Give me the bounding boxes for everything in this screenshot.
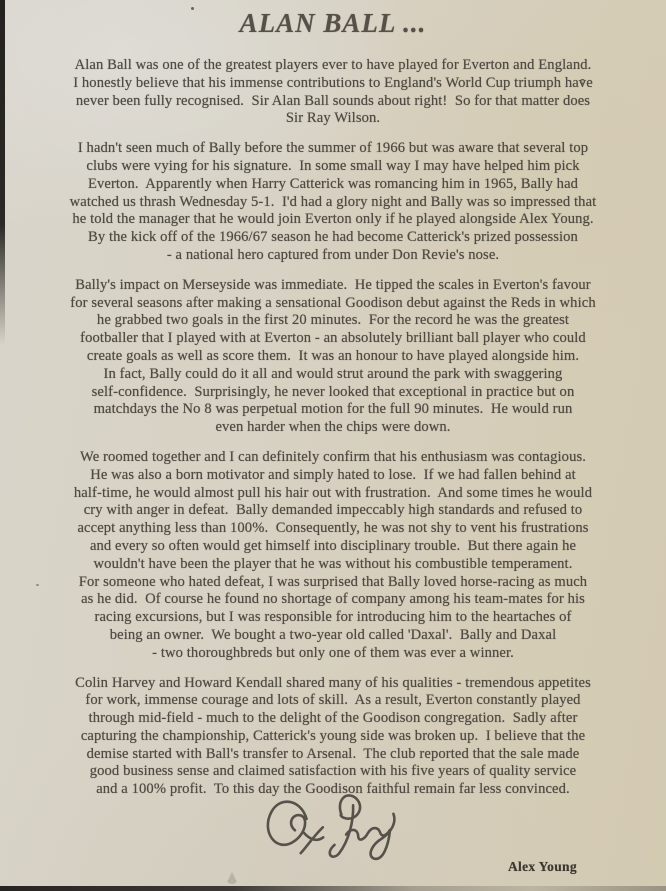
- text-line: For someone who hated defeat, I was surp…: [24, 574, 642, 592]
- text-line: We roomed together and I can definitely …: [24, 449, 642, 467]
- text-line: good business sense and claimed satisfac…: [24, 763, 642, 781]
- paragraph: Colin Harvey and Howard Kendall shared m…: [24, 675, 642, 800]
- text-line: Sir Ray Wilson.: [24, 110, 642, 128]
- text-line: being an owner. We bought a two-year old…: [24, 627, 642, 645]
- paper-speck: [36, 584, 39, 586]
- handwritten-signature: [245, 786, 420, 876]
- photo-edge-left: [0, 0, 5, 345]
- document-body: Alan Ball was one of the greatest player…: [0, 57, 666, 799]
- text-line: watched us thrash Wednesday 5-1. I'd had…: [24, 194, 642, 212]
- text-line: Bally's impact on Merseyside was immedia…: [24, 277, 642, 295]
- page-title: ALAN BALL ...: [0, 0, 666, 38]
- text-line: cry with anger in defeat. Bally demanded…: [24, 502, 642, 520]
- text-line: - a national hero captured from under Do…: [24, 247, 642, 265]
- paper-speck: [226, 872, 238, 884]
- text-line: through mid-field - much to the delight …: [24, 710, 642, 728]
- paragraph: I hadn't seen much of Bally before the s…: [24, 140, 642, 265]
- text-line: even harder when the chips were down.: [24, 419, 642, 437]
- text-line: for several seasons after making a sensa…: [24, 295, 642, 313]
- text-line: for work, immense courage and lots of sk…: [24, 692, 642, 710]
- text-line: I honestly believe that his immense cont…: [24, 75, 642, 93]
- text-line: as he did. Of course he found no shortag…: [24, 591, 642, 609]
- text-line: - two thoroughbreds but only one of them…: [24, 645, 642, 663]
- text-line: matchdays the No 8 was perpetual motion …: [24, 401, 642, 419]
- printed-signature-name: Alex Young: [508, 859, 577, 875]
- text-line: accept anything less than 100%. Conseque…: [24, 520, 642, 538]
- paragraph: Bally's impact on Merseyside was immedia…: [24, 277, 642, 437]
- text-line: he grabbed two goals in the first 20 min…: [24, 312, 642, 330]
- text-line: He was also a born motivator and simply …: [24, 467, 642, 485]
- text-line: I hadn't seen much of Bally before the s…: [24, 140, 642, 158]
- paragraph: We roomed together and I can definitely …: [24, 449, 642, 663]
- text-line: wouldn't have been the player that he wa…: [24, 556, 642, 574]
- text-line: and every so often would get himself int…: [24, 538, 642, 556]
- text-line: create goals as well as score them. It w…: [24, 348, 642, 366]
- text-line: capturing the championship, Catterick's …: [24, 728, 642, 746]
- text-line: Everton. Apparently when Harry Catterick…: [24, 176, 642, 194]
- text-line: demise started with Ball's transfer to A…: [24, 746, 642, 764]
- paper-speck: [191, 7, 194, 10]
- text-line: never been fully recognised. Sir Alan Ba…: [24, 93, 642, 111]
- signature-script-icon: [243, 783, 421, 879]
- text-line: racing excursions, but I was responsible…: [24, 609, 642, 627]
- text-line: Alan Ball was one of the greatest player…: [24, 57, 642, 75]
- text-line: In fact, Bally could do it all and would…: [24, 366, 642, 384]
- text-line: Colin Harvey and Howard Kendall shared m…: [24, 675, 642, 693]
- text-line: self-confidence. Surprisingly, he never …: [24, 384, 642, 402]
- paper-speck: [580, 79, 585, 84]
- document-page: ALAN BALL ... Alan Ball was one of the g…: [0, 0, 666, 891]
- text-line: he told the manager that he would join E…: [24, 211, 642, 229]
- paragraph: Alan Ball was one of the greatest player…: [24, 57, 642, 128]
- text-line: clubs were vying for his signature. In s…: [24, 158, 642, 176]
- photo-edge-bottom: [0, 886, 666, 891]
- text-line: footballer that I played with at Everton…: [24, 330, 642, 348]
- text-line: By the kick off of the 1966/67 season he…: [24, 229, 642, 247]
- text-line: half-time, he would almost pull his hair…: [24, 485, 642, 503]
